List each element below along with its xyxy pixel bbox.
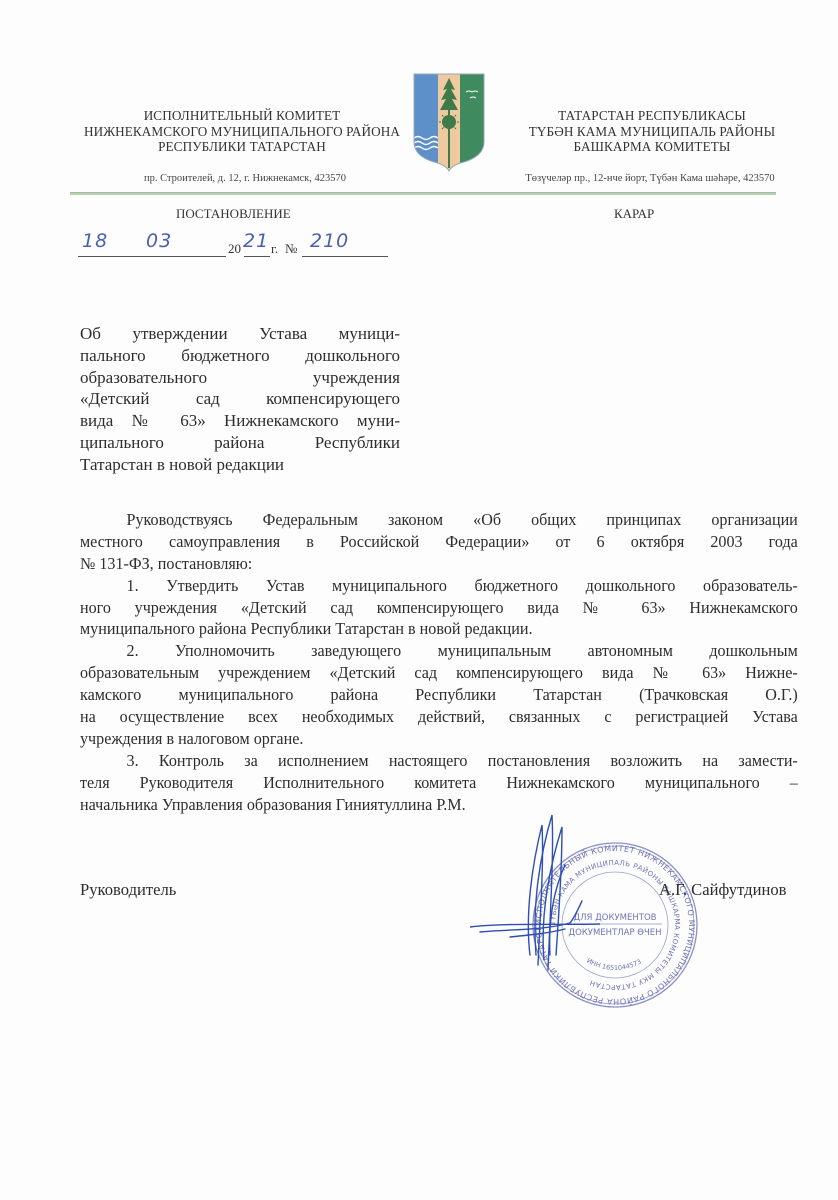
- coat-of-arms-icon: [412, 72, 486, 172]
- date-number-line: 18 03 20 21 г. № 210: [78, 234, 388, 260]
- letterhead-left: ИСПОЛНИТЕЛЬНЫЙ КОМИТЕТ НИЖНЕКАМСКОГО МУН…: [72, 108, 412, 155]
- handwritten-month: 03: [146, 230, 172, 252]
- letterhead-left-line-2: НИЖНЕКАМСКОГО МУНИЦИПАЛЬНОГО РАЙОНА: [72, 124, 412, 140]
- body-line: ного учреждения «Детский сад компенсирую…: [80, 597, 798, 619]
- handwritten-signature-icon: [470, 805, 600, 975]
- document-page: ИСПОЛНИТЕЛЬНЫЙ КОМИТЕТ НИЖНЕКАМСКОГО МУН…: [0, 0, 838, 1200]
- handwritten-number: 210: [310, 230, 349, 252]
- subject-line: ципального района Республики: [80, 432, 400, 454]
- letterhead-right-line-2: ТҮБӘН КАМА МУНИЦИПАЛЬ РАЙОНЫ: [492, 124, 812, 140]
- body-line: теля Руководителя Исполнительного комите…: [80, 772, 798, 794]
- subject-line: вида № 63» Нижнекамского муни-: [80, 410, 400, 432]
- date-underline: [78, 256, 226, 257]
- address-right: Төзүчеләр пр., 12-нче йорт, Түбән Кама ш…: [500, 173, 800, 184]
- letterhead-divider: [70, 192, 776, 195]
- doc-type-russian: ПОСТАНОВЛЕНИЕ: [176, 206, 291, 222]
- body-line: Руководствуясь Федеральным законом «Об о…: [80, 509, 798, 531]
- subject-line: образовательного учреждения: [80, 367, 400, 389]
- year-underline: [244, 256, 270, 257]
- letterhead-right: ТАТАРСТАН РЕСПУБЛИКАСЫ ТҮБӘН КАМА МУНИЦИ…: [492, 108, 812, 155]
- subject-line: Об утверждении Устава муници-: [80, 323, 400, 345]
- subject-line: пального бюджетного дошкольного: [80, 345, 400, 367]
- subject-line: Татарстан в новой редакции: [80, 454, 400, 476]
- letterhead-left-line-1: ИСПОЛНИТЕЛЬНЫЙ КОМИТЕТ: [72, 108, 412, 124]
- letterhead-right-line-1: ТАТАРСТАН РЕСПУБЛИКАСЫ: [492, 108, 812, 124]
- document-body: Руководствуясь Федеральным законом «Об о…: [80, 509, 798, 815]
- letterhead-left-line-3: РЕСПУБЛИКИ ТАТАРСТАН: [72, 139, 412, 155]
- body-line: 1. Утвердить Устав муниципального бюджет…: [80, 575, 798, 597]
- letterhead-right-line-3: БАШКАРМА КОМИТЕТЫ: [492, 139, 812, 155]
- doc-type-tatar: КАРАР: [614, 206, 654, 222]
- body-line: местного самоуправления в Российской Фед…: [80, 531, 798, 553]
- signatory-name: А.Г. Сайфутдинов: [659, 880, 786, 900]
- body-line: учреждения в налоговом органе.: [80, 728, 798, 750]
- number-underline: [302, 256, 388, 257]
- subject-line: «Детский сад компенсирующего: [80, 388, 400, 410]
- body-line: образовательным учреждением «Детский сад…: [80, 662, 798, 684]
- number-label: №: [285, 241, 297, 257]
- body-line: № 131-ФЗ, постановляю:: [80, 553, 798, 575]
- year-prefix: 20: [228, 241, 241, 257]
- signatory-title: Руководитель: [80, 880, 176, 900]
- body-line: муниципального района Республики Татарст…: [80, 618, 798, 640]
- body-line: начальника Управления образования Гиният…: [80, 794, 798, 816]
- body-line: на осуществление всех необходимых действ…: [80, 706, 798, 728]
- body-line: камского муниципального района Республик…: [80, 684, 798, 706]
- address-left: пр. Строителей, д. 12, г. Нижнекамск, 42…: [90, 173, 400, 184]
- document-subject: Об утверждении Устава муници- пального б…: [80, 323, 400, 476]
- year-label: г.: [271, 241, 278, 257]
- handwritten-day: 18: [82, 230, 108, 252]
- body-line: 2. Уполномочить заведующего муниципальны…: [80, 640, 798, 662]
- handwritten-year-suffix: 21: [243, 230, 269, 252]
- body-line: 3. Контроль за исполнением настоящего по…: [80, 750, 798, 772]
